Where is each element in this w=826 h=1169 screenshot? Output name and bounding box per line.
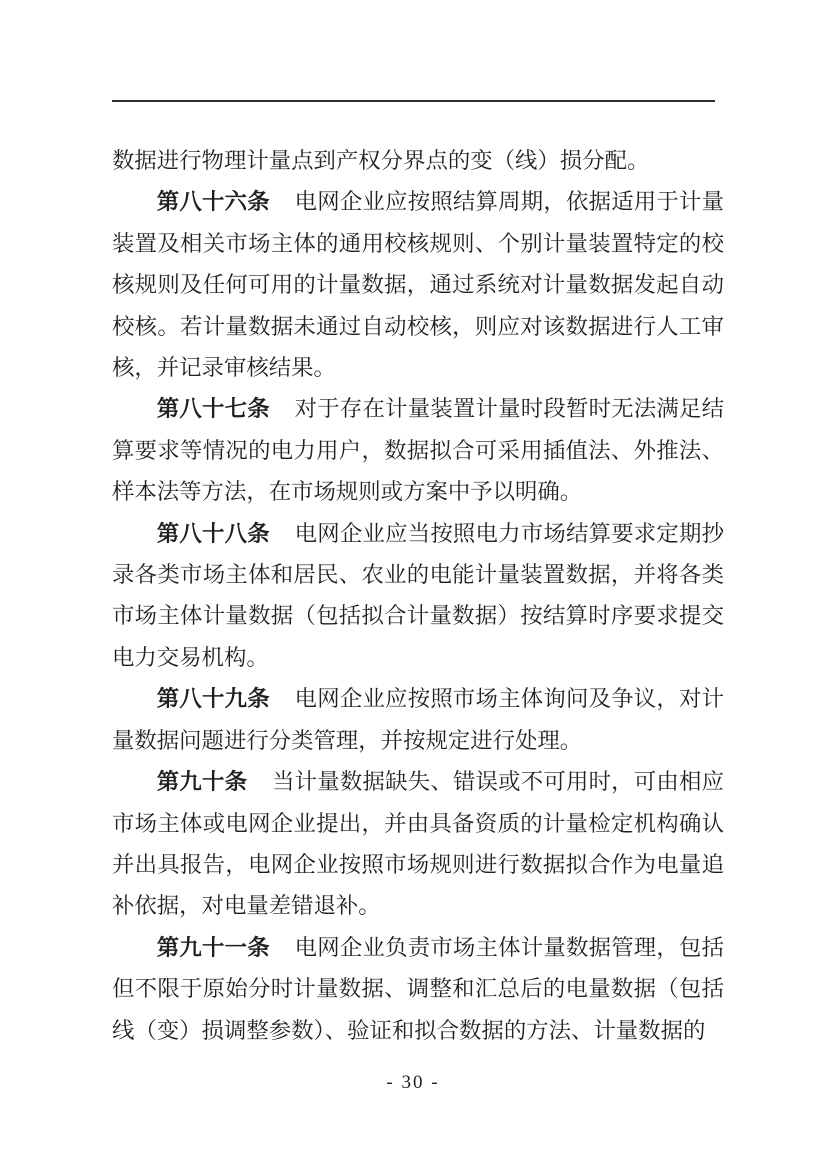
article-text: 电网企业应按照结算周期，依据适用于计量装置及相关市场主体的通用校核规则、个别计量… [112, 189, 724, 380]
article-paragraph: 第八十九条电网企业应按照市场主体询问及争议，对计量数据问题进行分类管理，并按规定… [112, 678, 724, 761]
continuation-paragraph: 数据进行物理计量点到产权分界点的变（线）损分配。 [112, 140, 724, 181]
article-number: 第九十一条 [157, 935, 270, 960]
document-body: 数据进行物理计量点到产权分界点的变（线）损分配。第八十六条电网企业应按照结算周期… [112, 140, 724, 1051]
article-paragraph: 第九十条当计量数据缺失、错误或不可用时，可由相应市场主体或电网企业提出，并由具备… [112, 761, 724, 927]
article-number: 第八十八条 [157, 521, 270, 546]
article-paragraph: 第八十六条电网企业应按照结算周期，依据适用于计量装置及相关市场主体的通用校核规则… [112, 181, 724, 388]
article-number: 第八十六条 [157, 189, 270, 214]
document-page: 数据进行物理计量点到产权分界点的变（线）损分配。第八十六条电网企业应按照结算周期… [0, 0, 826, 1169]
page-number: - 30 - [0, 1072, 826, 1094]
article-number: 第九十条 [157, 769, 247, 794]
header-rule [112, 100, 715, 102]
article-paragraph: 第八十七条对于存在计量装置计量时段暂时无法满足结算要求等情况的电力用户，数据拟合… [112, 388, 724, 512]
article-paragraph: 第八十八条电网企业应当按照电力市场结算要求定期抄录各类市场主体和居民、农业的电能… [112, 513, 724, 679]
article-number: 第八十九条 [157, 686, 270, 711]
article-number: 第八十七条 [157, 396, 270, 421]
article-paragraph: 第九十一条电网企业负责市场主体计量数据管理，包括但不限于原始分时计量数据、调整和… [112, 927, 724, 1051]
